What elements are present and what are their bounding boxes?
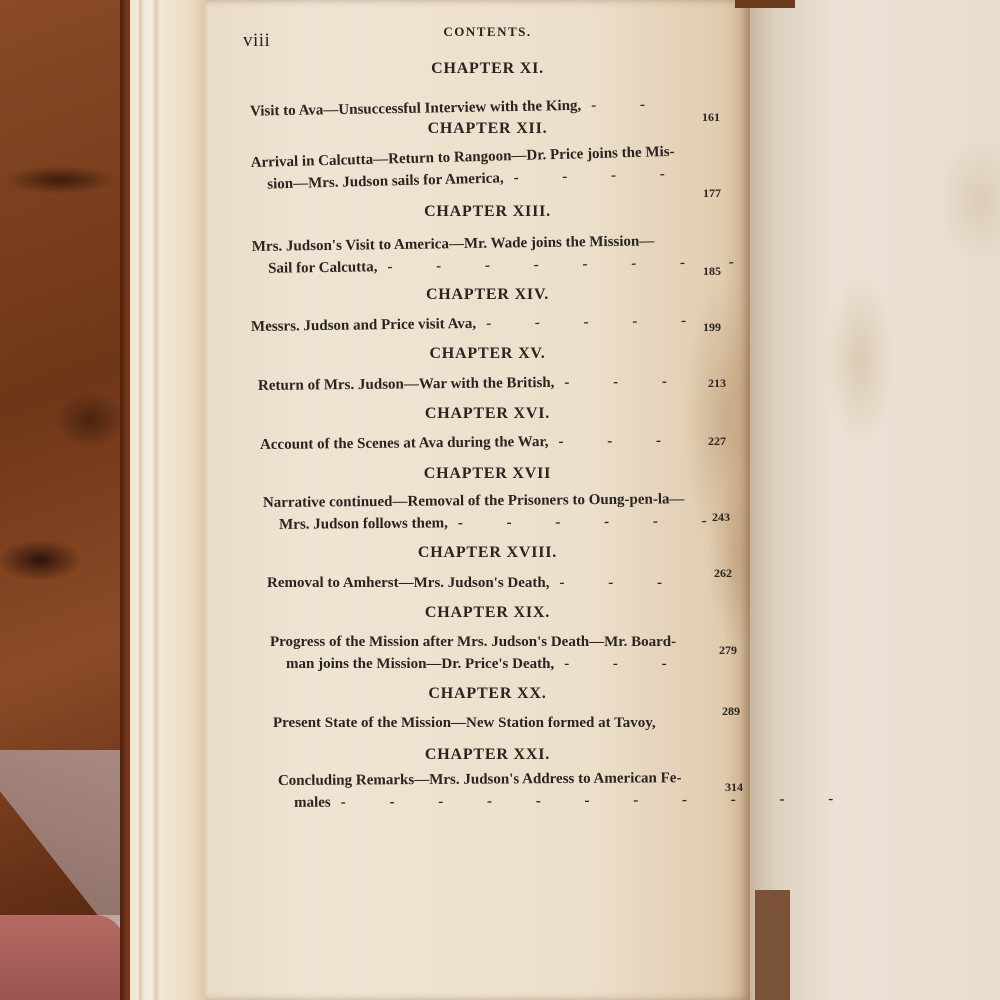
chapter-heading: CHAPTER XIX.	[205, 604, 750, 622]
chapter-entry: Narrative continued—Removal of the Priso…	[263, 488, 727, 536]
contents-text: viii CONTENTS. CHAPTER XI. Visit to Ava—…	[205, 0, 750, 1000]
chapter-heading: CHAPTER XX.	[205, 685, 750, 703]
entry-line: Account of the Scenes at Ava during the …	[260, 434, 549, 453]
dot-leaders: - - -	[548, 433, 681, 450]
entry-line: Messrs. Judson and Price visit Ava,	[251, 316, 476, 335]
page-reference: 185	[703, 264, 721, 279]
chapter-heading: CHAPTER XIV.	[205, 286, 750, 304]
entry-line: Removal to Amherst—Mrs. Judson's Death,	[267, 575, 550, 591]
entry-line: Mrs. Judson follows them,- - - - - -	[263, 510, 727, 536]
chapter-entry: Visit to Ava—Unsuccessful Interview with…	[250, 93, 665, 122]
chapter-heading: CHAPTER XV.	[205, 345, 750, 363]
dot-leaders: - -	[581, 96, 665, 113]
entry-line: Return of Mrs. Judson—War with the Briti…	[258, 375, 555, 394]
page-reference: 314	[725, 780, 743, 795]
chapter-heading: CHAPTER XXI.	[205, 746, 750, 764]
page-reference: 289	[722, 704, 740, 719]
entry-line: males- - - - - - - - - - -	[278, 788, 853, 814]
torn-page-shadow	[755, 890, 790, 1000]
page-reference: 199	[703, 320, 721, 335]
page-reference: 279	[719, 643, 737, 658]
page-reference: 213	[708, 376, 726, 391]
chapter-heading: CHAPTER XVI.	[205, 405, 750, 423]
dot-leaders: - - -	[554, 656, 687, 672]
thumb	[0, 915, 125, 1000]
entry-line: Present State of the Mission—New Station…	[273, 715, 656, 731]
chapter-entry: Return of Mrs. Judson—War with the Briti…	[258, 371, 687, 397]
dot-leaders: - - -	[550, 575, 683, 591]
dot-leaders: - - - - -	[476, 313, 706, 332]
page-reference: 227	[708, 434, 726, 449]
running-head: CONTENTS.	[205, 24, 750, 40]
entry-line: Progress of the Mission after Mrs. Judso…	[270, 631, 687, 653]
entry-line: man joins the Mission—Dr. Price's Death,…	[270, 653, 687, 675]
dot-leaders: - - - -	[503, 166, 685, 187]
page-reference: 177	[703, 186, 721, 201]
dot-leaders: - - - - - - - - - - -	[331, 791, 854, 811]
chapter-entry: Messrs. Judson and Price visit Ava,- - -…	[251, 310, 706, 338]
chapter-entry: Present State of the Mission—New Station…	[273, 712, 656, 734]
facing-page	[750, 0, 1000, 1000]
chapter-heading: CHAPTER XVII	[205, 465, 750, 483]
chapter-heading: CHAPTER XI.	[205, 60, 750, 78]
page-reference: 243	[712, 510, 730, 525]
chapter-heading: CHAPTER XVIII.	[205, 544, 750, 562]
dot-leaders: - - - - - - - -	[377, 254, 753, 275]
chapter-entry: Arrival in Calcutta—Return to Rangoon—Dr…	[250, 141, 685, 196]
chapter-entry: Account of the Scenes at Ava during the …	[260, 430, 681, 456]
chapter-entry: Removal to Amherst—Mrs. Judson's Death,-…	[267, 572, 682, 594]
entry-line: Visit to Ava—Unsuccessful Interview with…	[250, 98, 581, 120]
chapter-heading: CHAPTER XIII.	[205, 203, 750, 221]
chapter-entry: Concluding Remarks—Mrs. Judson's Address…	[278, 766, 853, 814]
page-edges	[130, 0, 210, 1000]
dot-leaders: - - -	[554, 374, 687, 391]
dot-leaders: - - - - - -	[448, 513, 727, 531]
chapter-heading: CHAPTER XII.	[205, 120, 750, 138]
chapter-entry: Mrs. Judson's Visit to America—Mr. Wade …	[252, 229, 754, 280]
chapter-entry: Progress of the Mission after Mrs. Judso…	[270, 631, 687, 675]
page-reference: 262	[714, 566, 732, 581]
